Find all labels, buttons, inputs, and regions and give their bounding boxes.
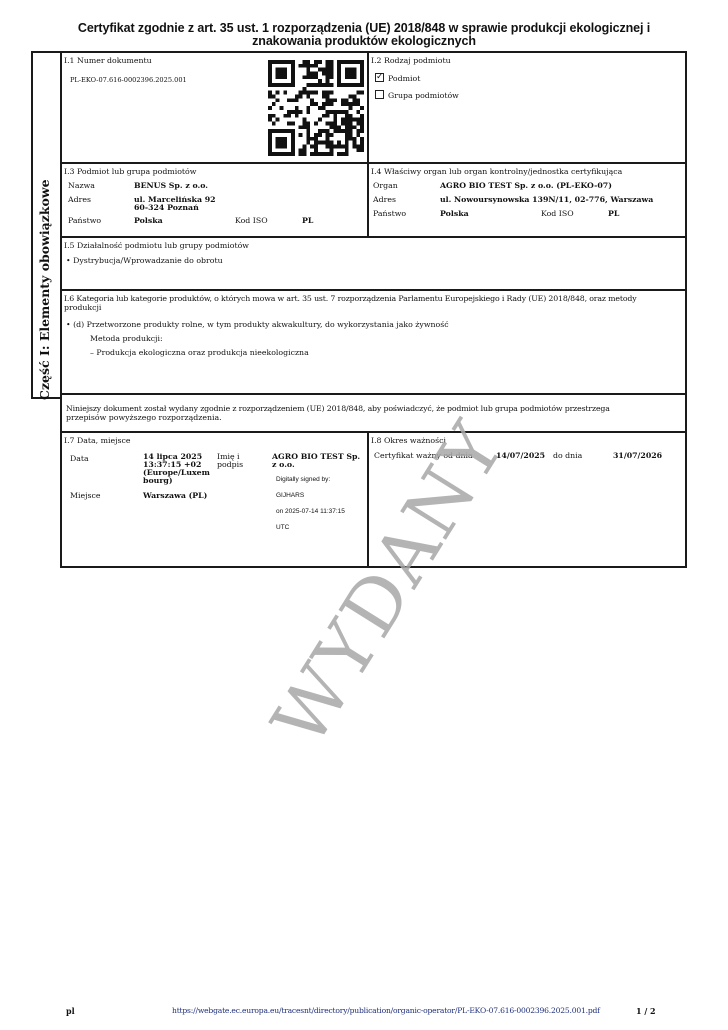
section-entity-type — [367, 51, 687, 164]
footer-document-link[interactable]: https://webgate.ec.europa.eu/tracesnt/di… — [172, 1006, 600, 1015]
section-1-3-heading: I.3 Podmiot lub grupa podmiotów — [64, 167, 196, 176]
organ-address-value: ul. Nowoursynowska 139N/11, 02-776, Wars… — [440, 195, 653, 204]
option-podmiot-label: Podmiot — [388, 74, 420, 83]
operator-name-label: Nazwa — [68, 181, 95, 190]
footer-language: pl — [66, 1006, 75, 1016]
checkbox-podmiot[interactable]: ✓ — [375, 73, 384, 82]
qr-code-icon — [268, 60, 364, 156]
activity-item: • Dystrybucja/Wprowadzanie do obrotu — [66, 256, 223, 265]
organ-address-label: Adres — [373, 195, 396, 204]
option-grupa-label: Grupa podmiotów — [388, 91, 459, 100]
valid-to-label: do dnia — [553, 451, 582, 460]
section-1-5-heading: I.5 Działalność podmiotu lub grupy podmi… — [64, 241, 249, 250]
certificate-title: Certyfikat zgodnie z art. 35 ust. 1 rozp… — [40, 22, 688, 48]
document-number: PL-EKO-07.616-0002396.2025.001 — [70, 76, 187, 84]
place-value: Warszawa (PL) — [143, 491, 207, 500]
name-signature-label-line2: podpis — [217, 460, 243, 469]
organ-iso-label: Kod ISO — [541, 209, 574, 218]
digital-signature-line2: GIJHARS — [276, 492, 304, 499]
valid-from-value: 14/07/2025 — [496, 451, 545, 460]
valid-to-value: 31/07/2026 — [613, 451, 662, 460]
operator-iso-label: Kod ISO — [235, 216, 268, 225]
checkbox-grupa-podmiotow[interactable] — [375, 90, 384, 99]
operator-address-label: Adres — [68, 195, 91, 204]
operator-country-label: Państwo — [68, 216, 101, 225]
digital-signature-line3: on 2025-07-14 11:37:15 — [276, 508, 345, 515]
section-1-6-heading-line2: produkcji — [64, 303, 101, 312]
signer-line2: z o.o. — [272, 460, 295, 469]
operator-iso-value: PL — [302, 216, 313, 225]
declaration-line2: przepisów powyższego rozporządzenia. — [66, 413, 222, 422]
valid-from-label: Certyfikat ważny od dnia — [374, 451, 473, 460]
section-1-7-heading: I.7 Data, miejsce — [64, 436, 131, 445]
section-1-8-heading: I.8 Okres ważności — [371, 436, 446, 445]
section-1-2-heading: I.2 Rodzaj podmiotu — [371, 56, 451, 65]
organ-iso-value: PL — [608, 209, 619, 218]
title-line-2: znakowania produktów ekologicznych — [40, 35, 688, 48]
organ-country-label: Państwo — [373, 209, 406, 218]
digital-signature-line4: UTC — [276, 524, 289, 531]
operator-address-line2: 60-324 Poznań — [134, 203, 199, 212]
product-category: • (d) Przetworzone produkty rolne, w tym… — [66, 320, 449, 329]
organ-value: AGRO BIO TEST Sp. z o.o. (PL-EKO-07) — [440, 181, 612, 190]
production-method-value: – Produkcja ekologiczna oraz produkcja n… — [90, 348, 309, 357]
organ-label: Organ — [373, 181, 398, 190]
organ-country-value: Polska — [440, 209, 469, 218]
section-1-1-heading: I.1 Numer dokumentu — [64, 56, 152, 65]
section-1-4-heading: I.4 Właściwy organ lub organ kontrolny/j… — [371, 167, 622, 176]
place-label: Miejsce — [70, 491, 101, 500]
digital-signature-line1: Digitally signed by: — [276, 476, 330, 483]
operator-country-value: Polska — [134, 216, 163, 225]
declaration-line1: Niniejszy dokument został wydany zgodnie… — [66, 404, 610, 413]
date-value-line4: bourg) — [143, 476, 173, 485]
production-method-label: Metoda produkcji: — [90, 334, 163, 343]
operator-name-value: BENUS Sp. z o.o. — [134, 181, 208, 190]
section-1-6-heading-line1: I.6 Kategoria lub kategorie produktów, o… — [64, 294, 636, 303]
footer-page-number: 1 / 2 — [636, 1006, 656, 1016]
date-label: Data — [70, 454, 89, 463]
